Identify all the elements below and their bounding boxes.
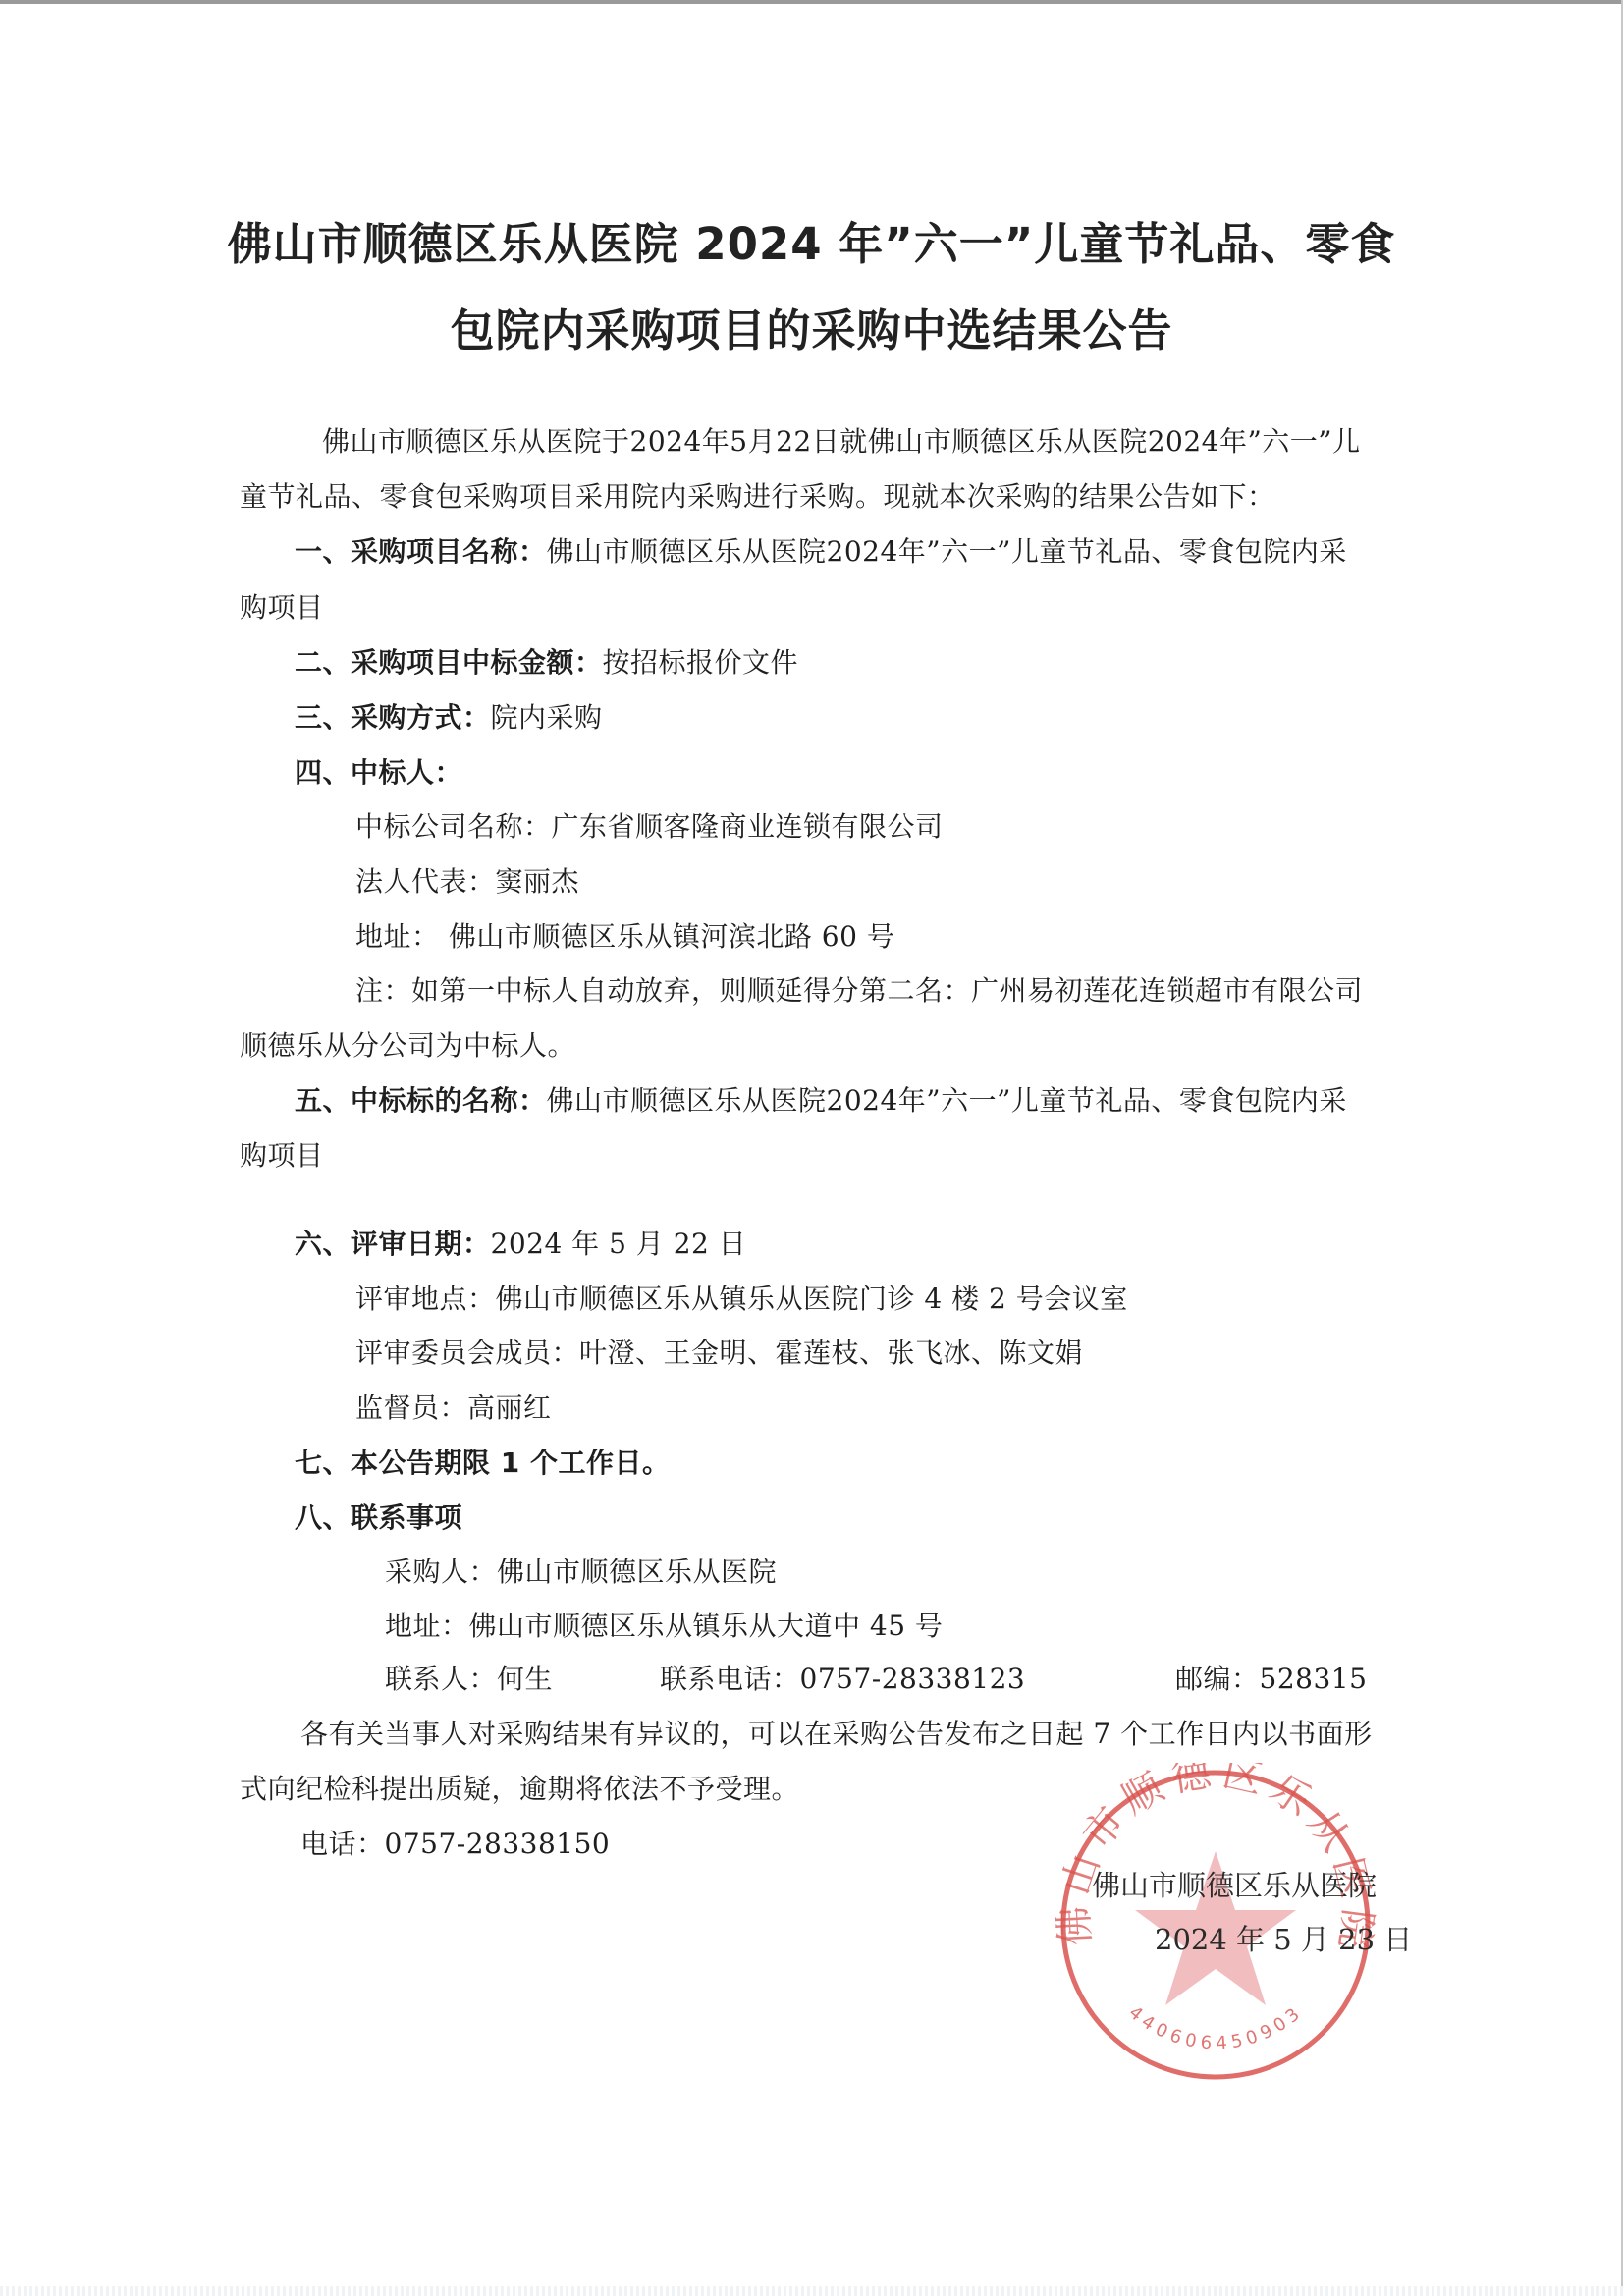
signature-date: 2024 年 5 月 23 日: [1155, 1918, 1412, 1958]
section-4-label: 四、中标人：: [295, 756, 462, 789]
review-committee: 评审委员会成员：叶澄、王金明、霍莲枝、张飞冰、陈文娟: [355, 1332, 1083, 1371]
section-8: 八、联系事项: [295, 1497, 462, 1536]
review-location: 评审地点：佛山市顺德区乐从镇乐从医院门诊 4 楼 2 号会议室: [355, 1278, 1128, 1317]
winner-note-line-1: 注：如第一中标人自动放弃，则顺延得分第二名：广州易初莲花连锁超市有限公司: [355, 969, 1363, 1009]
objection-phone: 电话：0757-28338150: [300, 1823, 610, 1862]
contact-postcode: 邮编：528315: [1175, 1658, 1367, 1697]
section-7-label: 七、本公告期限 1 个工作日。: [295, 1447, 670, 1479]
section-1-label: 一、采购项目名称：: [295, 535, 547, 568]
winner-address: 地址： 佛山市顺德区乐从镇河滨北路 60 号: [355, 915, 894, 955]
section-3-label: 三、采购方式：: [295, 701, 491, 734]
review-supervisor: 监督员：高丽红: [355, 1387, 552, 1426]
intro-line-2: 童节礼品、零食包采购项目采用院内采购进行采购。现就本次采购的结果公告如下：: [240, 475, 1275, 515]
contact-phone: 联系电话：0757-28338123: [660, 1658, 1025, 1697]
section-2-label: 二、采购项目中标金额：: [295, 646, 603, 679]
intro-line-1: 佛山市顺德区乐从医院于2024年5月22日就佛山市顺德区乐从医院2024年”六一…: [322, 420, 1361, 460]
section-5-value: 佛山市顺德区乐从医院2024年”六一”儿童节礼品、零食包院内采: [547, 1084, 1347, 1117]
section-3-value: 院内采购: [491, 701, 603, 734]
contact-person: 联系人：何生: [385, 1658, 553, 1697]
objection-line-2: 式向纪检科提出质疑，逾期将依法不予受理。: [240, 1768, 799, 1807]
section-3: 三、采购方式：院内采购: [295, 696, 603, 736]
winner-company: 中标公司名称：广东省顺客隆商业连锁有限公司: [355, 805, 944, 845]
section-6: 六、评审日期：2024 年 5 月 22 日: [295, 1223, 746, 1262]
section-7: 七、本公告期限 1 个工作日。: [295, 1442, 670, 1481]
section-1-value: 佛山市顺德区乐从医院2024年”六一”儿童节礼品、零食包院内采: [547, 535, 1347, 568]
section-5-value-cont: 购项目: [240, 1134, 324, 1174]
section-2: 二、采购项目中标金额：按招标报价文件: [295, 641, 798, 681]
document-title-line-2: 包院内采购项目的采购中选结果公告: [0, 295, 1623, 358]
contact-address: 地址：佛山市顺德区乐从镇乐从大道中 45 号: [385, 1605, 943, 1644]
document-title-line-1: 佛山市顺德区乐从医院 2024 年”六一”儿童节礼品、零食: [0, 208, 1623, 272]
review-date: 2024 年 5 月 22 日: [491, 1228, 747, 1260]
winner-note-line-2: 顺德乐从分公司为中标人。: [240, 1024, 575, 1064]
section-1-value-cont: 购项目: [240, 586, 324, 626]
scan-bottom-edge: [0, 2286, 1623, 2296]
objection-line-1: 各有关当事人对采购结果有异议的，可以在采购公告发布之日起 7 个工作日内以书面形: [300, 1713, 1373, 1752]
section-2-value: 按招标报价文件: [603, 646, 799, 679]
section-8-label: 八、联系事项: [295, 1502, 462, 1534]
signature-issuer: 佛山市顺德区乐从医院: [1092, 1864, 1377, 1904]
contact-purchaser: 采购人：佛山市顺德区乐从医院: [385, 1551, 777, 1590]
section-6-label: 六、评审日期：: [295, 1228, 491, 1260]
scan-top-edge: [0, 0, 1623, 4]
section-4: 四、中标人：: [295, 751, 462, 791]
section-1: 一、采购项目名称：佛山市顺德区乐从医院2024年”六一”儿童节礼品、零食包院内采: [295, 530, 1347, 570]
section-5: 五、中标标的名称：佛山市顺德区乐从医院2024年”六一”儿童节礼品、零食包院内采: [295, 1079, 1347, 1119]
section-5-label: 五、中标标的名称：: [295, 1084, 547, 1117]
winner-legal-rep: 法人代表：窦丽杰: [355, 860, 579, 900]
